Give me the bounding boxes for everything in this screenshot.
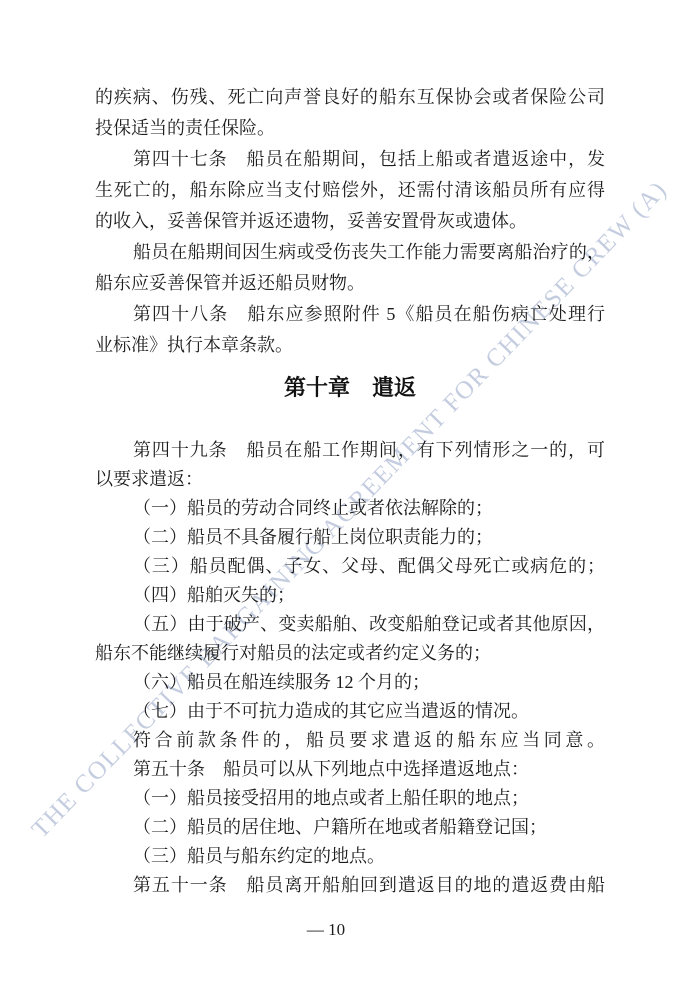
text-line-item-2: （二）船员的居住地、户籍所在地或者船籍登记国； (95, 813, 605, 842)
text-line-item-7: （七）由于不可抗力造成的其它应当遣返的情况。 (95, 697, 605, 726)
text-line: 船员在船期间因生病或受伤丧失工作能力需要离船治疗的， (95, 237, 605, 268)
text-line: 生死亡的，船东除应当支付赔偿外，还需付清该船员所有应得 (95, 175, 605, 206)
text-line-item-6: （六）船员在船连续服务 12 个月的； (95, 668, 605, 697)
text-line-item-1: （一）船员接受招用的地点或者上船任职的地点； (95, 784, 605, 813)
text-line-item-2: （二）船员不具备履行船上岗位职责能力的； (95, 523, 605, 552)
text-line-article-48: 第四十八条 船东应参照附件 5《船员在船伤病亡处理行 (95, 299, 605, 330)
text-line-item-3: （三）船员与船东约定的地点。 (95, 842, 605, 871)
text-line-article-50: 第五十条 船员可以从下列地点中选择遣返地点： (95, 755, 605, 784)
text-line-article-51: 第五十一条 船员离开船舶回到遣返目的地的遣返费由船 (95, 871, 605, 900)
page-number: — 10 (71, 919, 581, 941)
text-line-item-1: （一）船员的劳动合同终止或者依法解除的； (95, 494, 605, 523)
text-line: 船东应妥善保管并返还船员财物。 (95, 268, 605, 299)
text-line-item-5: （五）由于破产、变卖船舶、改变船舶登记或者其他原因， (95, 610, 605, 639)
text-line-item-4: （四）船舶灭失的； (95, 581, 605, 610)
text-line-item-3: （三）船员配偶、子女、父母、配偶父母死亡或病危的； (95, 552, 605, 581)
text-line: 以要求遣返： (95, 465, 605, 494)
text-line-article-49: 第四十九条 船员在船工作期间，有下列情形之一的，可 (95, 436, 605, 465)
document-page: THE COLLECTIVE BARGAINING AGREEMENT FOR … (0, 0, 700, 990)
chapter-heading: 第十章 遣返 (95, 375, 605, 400)
text-line: 船东不能继续履行对船员的法定或者约定义务的； (95, 639, 605, 668)
text-line: 的收入，妥善保管并返还遗物，妥善安置骨灰或遗体。 (95, 206, 605, 237)
document-content: 的疾病、伤残、死亡向声誉良好的船东互保协会或者保险公司 投保适当的责任保险。 第… (0, 0, 700, 990)
text-line-article-47: 第四十七条 船员在船期间，包括上船或者遣返途中，发 (95, 144, 605, 175)
text-line: 的疾病、伤残、死亡向声誉良好的船东互保协会或者保险公司 (95, 82, 605, 113)
text-line: 符合前款条件的，船员要求遣返的船东应当同意。 (95, 726, 605, 755)
chapter9-text-block: 的疾病、伤残、死亡向声誉良好的船东互保协会或者保险公司 投保适当的责任保险。 第… (95, 82, 605, 361)
page-number-label: — 10 (307, 920, 345, 939)
text-line: 投保适当的责任保险。 (95, 113, 605, 144)
text-line: 业标准》执行本章条款。 (95, 330, 605, 361)
chapter10-text-block: 第四十九条 船员在船工作期间，有下列情形之一的，可 以要求遣返： （一）船员的劳… (95, 436, 605, 900)
